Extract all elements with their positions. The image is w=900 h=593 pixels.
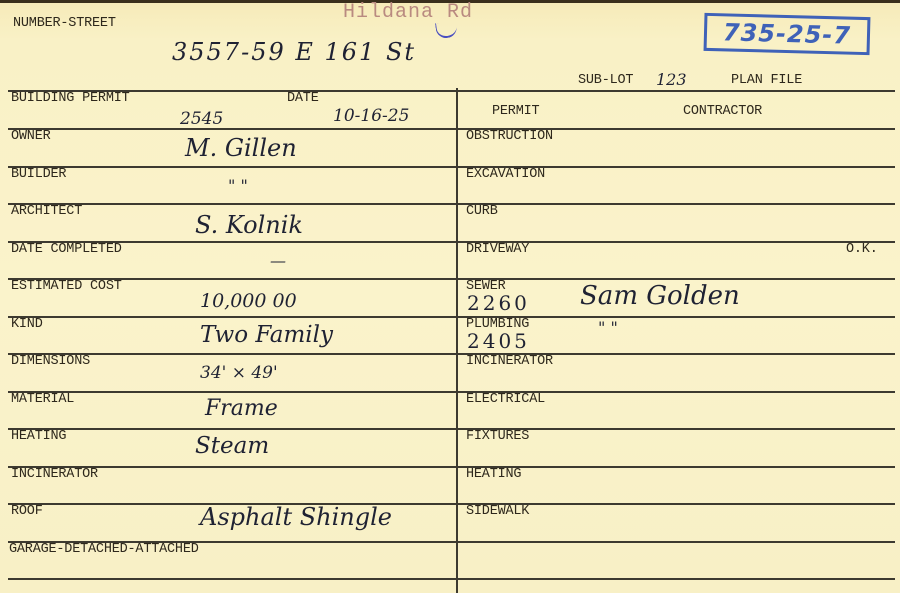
- contractor-column-header: CONTRACTOR: [683, 104, 762, 119]
- permit-type-label: CURB: [466, 204, 498, 219]
- rule-line: [8, 128, 895, 130]
- permit-type-label: SIDEWALK: [466, 504, 529, 519]
- permit-type-label: DRIVEWAY: [466, 242, 529, 257]
- rule-line: [8, 353, 895, 355]
- date-value: 10-16-25: [333, 106, 409, 126]
- contractor-name: " ": [598, 318, 618, 337]
- rule-line: [8, 203, 895, 205]
- address-handwritten: 3557-59 E 161 St: [172, 38, 416, 66]
- rule-line: [8, 578, 895, 580]
- field-label: MATERIAL: [11, 392, 74, 407]
- permit-type-label: HEATING: [466, 467, 521, 482]
- file-number-stamp: 735-25-7: [704, 13, 871, 55]
- field-label: DATE COMPLETED: [11, 242, 122, 257]
- rule-line: [8, 466, 895, 468]
- field-label: INCINERATOR: [11, 467, 98, 482]
- sub-lot-value: 123: [656, 70, 687, 89]
- field-value: 34' × 49': [200, 363, 278, 383]
- field-label: BUILDING PERMIT: [11, 91, 130, 106]
- rule-line: [8, 166, 895, 168]
- check-mark-icon: [435, 21, 458, 40]
- permit-number: 2405: [467, 329, 530, 353]
- field-value: Asphalt Shingle: [200, 503, 392, 531]
- permit-type-label: ELECTRICAL: [466, 392, 545, 407]
- field-label: BUILDER: [11, 167, 66, 182]
- rule-line: [8, 278, 895, 280]
- permit-type-label: INCINERATOR: [466, 354, 553, 369]
- field-label: ROOF: [11, 504, 43, 519]
- permit-column-header: PERMIT: [492, 104, 539, 119]
- plan-file-label: PLAN FILE: [731, 73, 802, 88]
- date-label: DATE: [287, 91, 319, 106]
- permit-type-label: OBSTRUCTION: [466, 129, 553, 144]
- field-label: HEATING: [11, 429, 66, 444]
- column-divider: [456, 88, 458, 593]
- status-note: O.K.: [846, 242, 878, 257]
- field-value: 10,000 00: [200, 290, 297, 312]
- field-value: " ": [228, 176, 248, 195]
- field-value: Two Family: [200, 322, 333, 348]
- field-value: S. Kolnik: [195, 211, 303, 239]
- rule-line: [8, 241, 895, 243]
- field-label: DIMENSIONS: [11, 354, 90, 369]
- sub-lot-label: SUB-LOT: [578, 73, 633, 88]
- field-value: Frame: [205, 396, 278, 421]
- field-value: —: [270, 251, 286, 270]
- permit-card: NUMBER-STREET Hildana Rd 3557-59 E 161 S…: [0, 0, 900, 593]
- rule-line: [457, 90, 895, 92]
- contractor-name: Sam Golden: [580, 281, 740, 311]
- field-label: KIND: [11, 317, 43, 332]
- rule-line: [8, 503, 895, 505]
- field-value: M. Gillen: [185, 134, 297, 162]
- field-label: ESTIMATED COST: [11, 279, 122, 294]
- number-street-label: NUMBER-STREET: [13, 16, 116, 31]
- field-label: OWNER: [11, 129, 51, 144]
- field-label: ARCHITECT: [11, 204, 82, 219]
- rule-line: [8, 428, 895, 430]
- permit-number: 2260: [467, 291, 530, 315]
- field-value: Steam: [195, 433, 269, 459]
- rule-line: [8, 391, 895, 393]
- rule-line: [8, 316, 895, 318]
- permit-type-label: EXCAVATION: [466, 167, 545, 182]
- permit-type-label: FIXTURES: [466, 429, 529, 444]
- field-label: GARAGE-DETACHED-ATTACHED: [9, 542, 199, 557]
- field-value: 2545: [180, 109, 223, 129]
